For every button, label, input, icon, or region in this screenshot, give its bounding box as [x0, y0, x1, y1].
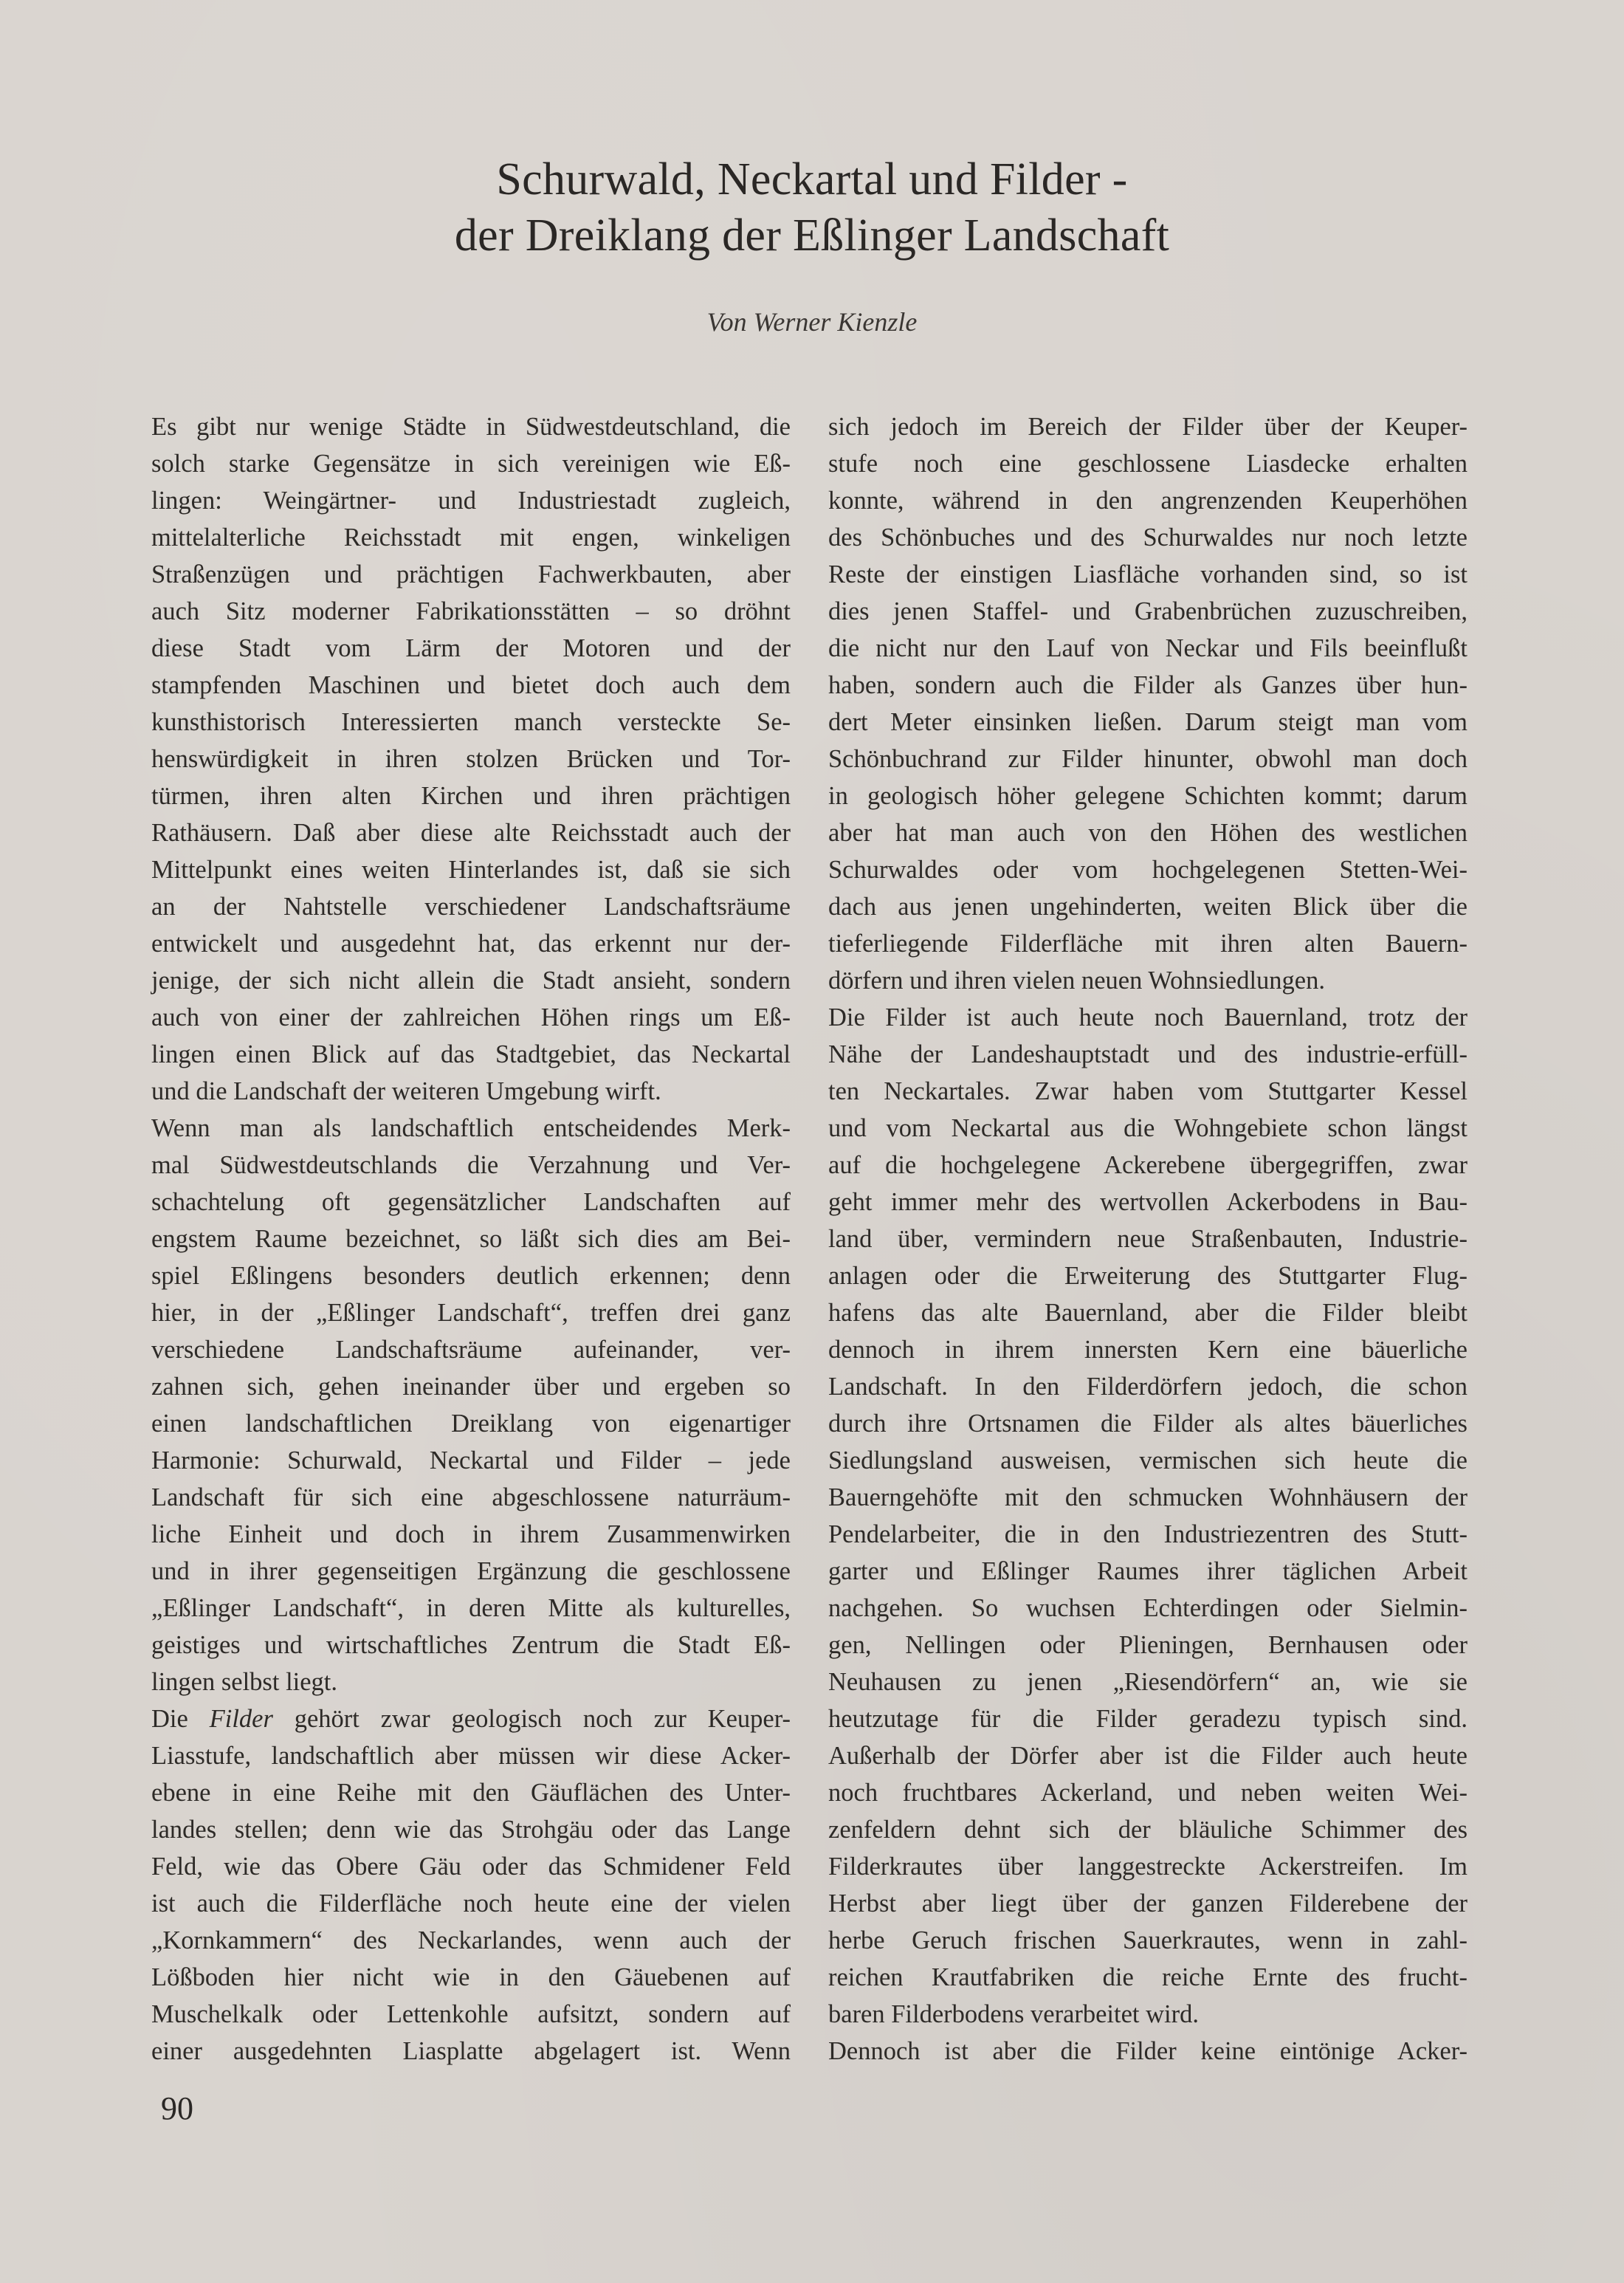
- text-line: verschiedene Landschaftsräume aufeinande…: [151, 1331, 791, 1368]
- text-line: Herbst aber liegt über der ganzen Filder…: [828, 1885, 1468, 1922]
- text-line: Außerhalb der Dörfer aber ist die Filder…: [828, 1737, 1468, 1774]
- text-line: hier, in der „Eßlinger Landschaft“, tref…: [151, 1294, 791, 1331]
- text-line: ebene in eine Reihe mit den Gäuflächen d…: [151, 1774, 791, 1811]
- text-line: Straßenzügen und prächtigen Fachwerkbaut…: [151, 556, 791, 593]
- text-line: landes stellen; denn wie das Strohgäu od…: [151, 1811, 791, 1848]
- text-line: geht immer mehr des wertvollen Ackerbode…: [828, 1184, 1468, 1221]
- text-line: anlagen oder die Erweiterung des Stuttga…: [828, 1257, 1468, 1294]
- text-line: mal Südwestdeutschlands die Verzahnung u…: [151, 1147, 791, 1184]
- text-line: herbe Geruch frischen Sauerkrautes, wenn…: [828, 1922, 1468, 1959]
- text-line: konnte, während in den angrenzenden Keup…: [828, 482, 1468, 519]
- text-line: dach aus jenen ungehinderten, weiten Bli…: [828, 888, 1468, 925]
- text-line: Dennoch ist aber die Filder keine eintön…: [828, 2033, 1468, 2070]
- paragraph-end-line: lingen selbst liegt.: [151, 1664, 791, 1700]
- text-line: dies jenen Staffel- und Grabenbrüchen zu…: [828, 593, 1468, 630]
- text-line: die nicht nur den Lauf von Neckar und Fi…: [828, 630, 1468, 667]
- text-line: durch ihre Ortsnamen die Filder als alte…: [828, 1405, 1468, 1442]
- text-line: garter und Eßlinger Raumes ihrer täglich…: [828, 1553, 1468, 1590]
- text-line: Es gibt nur wenige Städte in Südwestdeut…: [151, 408, 791, 445]
- text-column-left: Es gibt nur wenige Städte in Südwestdeut…: [151, 408, 791, 2070]
- text-line: Schönbuchrand zur Filder hinunter, obwoh…: [828, 741, 1468, 777]
- text-line: Pendelarbeiter, die in den Industriezent…: [828, 1516, 1468, 1553]
- text-line-with-italic: Die Filder gehört zwar geologisch noch z…: [151, 1700, 791, 1737]
- italic-term-filder: Filder: [210, 1705, 273, 1733]
- text-line: Landschaft. In den Filderdörfern jedoch,…: [828, 1368, 1468, 1405]
- text-line: einer ausgedehnten Liasplatte abgelagert…: [151, 2033, 791, 2070]
- text-line: Bauerngehöfte mit den schmucken Wohnhäus…: [828, 1479, 1468, 1516]
- text-line: noch fruchtbares Ackerland, und neben we…: [828, 1774, 1468, 1811]
- article-title: Schurwald, Neckartal und Filder - der Dr…: [0, 151, 1624, 264]
- text-line: Harmonie: Schurwald, Neckartal und Filde…: [151, 1442, 791, 1479]
- text-line: spiel Eßlingens besonders deutlich erken…: [151, 1257, 791, 1294]
- text-line: Lößboden hier nicht wie in den Gäuebenen…: [151, 1959, 791, 1996]
- page-number: 90: [161, 2090, 193, 2127]
- text-line: schachtelung oft gegensätzlicher Landsch…: [151, 1184, 791, 1221]
- text-line: zahnen sich, gehen ineinander über und e…: [151, 1368, 791, 1405]
- text-line: mittelalterliche Reichsstadt mit engen, …: [151, 519, 791, 556]
- text-line: türmen, ihren alten Kirchen und ihren pr…: [151, 777, 791, 814]
- text-line: Wenn man als landschaftlich entscheidend…: [151, 1110, 791, 1147]
- text-line: heutzutage für die Filder geradezu typis…: [828, 1700, 1468, 1737]
- text-line: Muschelkalk oder Lettenkohle aufsitzt, s…: [151, 1996, 791, 2033]
- text-line: aber hat man auch von den Höhen des west…: [828, 814, 1468, 851]
- text-line: nachgehen. So wuchsen Echterdingen oder …: [828, 1590, 1468, 1627]
- text-run: gehört zwar geologisch noch zur Keuper-: [273, 1705, 791, 1733]
- text-line: dert Meter einsinken ließen. Darum steig…: [828, 704, 1468, 741]
- text-line: henswürdigkeit in ihren stolzen Brücken …: [151, 741, 791, 777]
- text-line: in geologisch höher gelegene Schichten k…: [828, 777, 1468, 814]
- text-line: Nähe der Landeshauptstadt und des indust…: [828, 1036, 1468, 1073]
- text-line: Liasstufe, landschaftlich aber müssen wi…: [151, 1737, 791, 1774]
- text-line: Siedlungsland ausweisen, vermischen sich…: [828, 1442, 1468, 1479]
- paragraph-end-line: baren Filderbodens verarbeitet wird.: [828, 1996, 1468, 2033]
- text-line: solch starke Gegensätze in sich vereinig…: [151, 445, 791, 482]
- text-line: des Schönbuches und des Schurwaldes nur …: [828, 519, 1468, 556]
- text-line: engstem Raume bezeichnet, so läßt sich d…: [151, 1221, 791, 1257]
- text-line: auch von einer der zahlreichen Höhen rin…: [151, 999, 791, 1036]
- text-column-right: sich jedoch im Bereich der Filder über d…: [828, 408, 1468, 2070]
- text-line: zenfeldern dehnt sich der bläuliche Schi…: [828, 1811, 1468, 1848]
- text-line: sich jedoch im Bereich der Filder über d…: [828, 408, 1468, 445]
- text-line: an der Nahtstelle verschiedener Landscha…: [151, 888, 791, 925]
- text-line: reichen Krautfabriken die reiche Ernte d…: [828, 1959, 1468, 1996]
- text-line: dennoch in ihrem innersten Kern eine bäu…: [828, 1331, 1468, 1368]
- text-line: ist auch die Filderfläche noch heute ein…: [151, 1885, 791, 1922]
- text-line: auf die hochgelegene Ackerebene übergegr…: [828, 1147, 1468, 1184]
- paragraph-end-line: dörfern und ihren vielen neuen Wohnsiedl…: [828, 962, 1468, 999]
- text-line: liche Einheit und doch in ihrem Zusammen…: [151, 1516, 791, 1553]
- text-line: auch Sitz moderner Fabrikationsstätten –…: [151, 593, 791, 630]
- text-line: land über, vermindern neue Straßenbauten…: [828, 1221, 1468, 1257]
- text-line: kunsthistorisch Interessierten manch ver…: [151, 704, 791, 741]
- paragraph-end-line: und die Landschaft der weiteren Umgebung…: [151, 1073, 791, 1110]
- text-line: tieferliegende Filderfläche mit ihren al…: [828, 925, 1468, 962]
- text-line: haben, sondern auch die Filder als Ganze…: [828, 667, 1468, 704]
- text-line: lingen einen Blick auf das Stadtgebiet, …: [151, 1036, 791, 1073]
- text-line: stampfenden Maschinen und bietet doch au…: [151, 667, 791, 704]
- text-line: und in ihrer gegenseitigen Ergänzung die…: [151, 1553, 791, 1590]
- text-line: einen landschaftlichen Dreiklang von eig…: [151, 1405, 791, 1442]
- text-line: gen, Nellingen oder Plieningen, Bernhaus…: [828, 1627, 1468, 1664]
- text-line: entwickelt und ausgedehnt hat, das erken…: [151, 925, 791, 962]
- article-title-line-1: Schurwald, Neckartal und Filder -: [0, 151, 1624, 207]
- text-run: Die: [151, 1705, 210, 1733]
- text-line: „Kornkammern“ des Neckarlandes, wenn auc…: [151, 1922, 791, 1959]
- text-line: Landschaft für sich eine abgeschlossene …: [151, 1479, 791, 1516]
- article-title-line-2: der Dreiklang der Eßlinger Landschaft: [0, 207, 1624, 264]
- text-line: Filderkrautes über langgestreckte Ackers…: [828, 1848, 1468, 1885]
- text-line: Die Filder ist auch heute noch Bauernlan…: [828, 999, 1468, 1036]
- text-line: lingen: Weingärtner- und Industriestadt …: [151, 482, 791, 519]
- text-line: diese Stadt vom Lärm der Motoren und der: [151, 630, 791, 667]
- text-line: Schurwaldes oder vom hochgelegenen Stett…: [828, 851, 1468, 888]
- article-byline: Von Werner Kienzle: [0, 306, 1624, 337]
- text-line: Neuhausen zu jenen „Riesendörfern“ an, w…: [828, 1664, 1468, 1700]
- magazine-page: Schurwald, Neckartal und Filder - der Dr…: [0, 0, 1624, 2283]
- text-line: Rathäusern. Daß aber diese alte Reichsst…: [151, 814, 791, 851]
- text-line: geistiges und wirtschaftliches Zentrum d…: [151, 1627, 791, 1664]
- text-line: Reste der einstigen Liasfläche vorhanden…: [828, 556, 1468, 593]
- text-line: hafens das alte Bauernland, aber die Fil…: [828, 1294, 1468, 1331]
- text-line: „Eßlinger Landschaft“, in deren Mitte al…: [151, 1590, 791, 1627]
- text-line: Feld, wie das Obere Gäu oder das Schmide…: [151, 1848, 791, 1885]
- text-line: stufe noch eine geschlossene Liasdecke e…: [828, 445, 1468, 482]
- text-line: Mittelpunkt eines weiten Hinterlandes is…: [151, 851, 791, 888]
- text-line: jenige, der sich nicht allein die Stadt …: [151, 962, 791, 999]
- text-line: und vom Neckartal aus die Wohngebiete sc…: [828, 1110, 1468, 1147]
- text-line: ten Neckartales. Zwar haben vom Stuttgar…: [828, 1073, 1468, 1110]
